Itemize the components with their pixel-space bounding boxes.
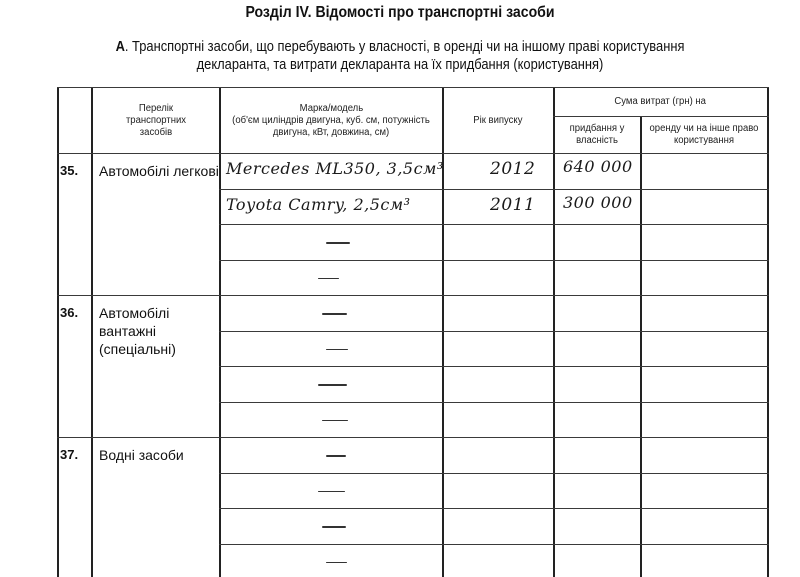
header-model: Марка/модель (об'єм циліндрів двигуна, к… — [220, 88, 442, 153]
row-divider — [219, 260, 769, 261]
purchase-entry: 300 000 — [563, 193, 633, 212]
purchase-entry: 640 000 — [563, 157, 633, 176]
row-divider — [219, 402, 769, 403]
empty-entry-dash — [318, 278, 339, 280]
empty-entry-dash — [318, 384, 347, 386]
col-divider-number — [91, 87, 93, 577]
table-border-left — [57, 87, 59, 577]
section-number: 37. — [60, 447, 90, 462]
section-label: Автомобілі вантажні (спеціальні) — [99, 304, 219, 358]
empty-entry-dash — [326, 349, 348, 351]
row-divider — [219, 366, 769, 367]
row-divider — [219, 331, 769, 332]
section-divider — [57, 437, 769, 438]
section-divider — [57, 295, 769, 296]
empty-entry-dash — [326, 562, 347, 564]
model-entry: Toyota Camry, 2,5см³ — [226, 195, 411, 214]
col-divider-year — [553, 87, 555, 577]
section-divider — [57, 153, 769, 154]
header-rent: оренду чи на інше право користування — [641, 117, 767, 153]
vehicles-table: Перелік транспортних засобів Марка/модел… — [0, 0, 800, 577]
empty-entry-dash — [322, 420, 348, 422]
section-number: 35. — [60, 163, 90, 178]
empty-entry-dash — [326, 242, 350, 244]
year-entry: 2012 — [490, 159, 535, 179]
model-entry: Mercedes ML350, 3,5см³ — [226, 159, 444, 178]
row-divider — [219, 189, 769, 190]
header-list: Перелік транспортних засобів — [92, 88, 219, 153]
section-label: Водні засоби — [99, 446, 219, 464]
row-divider — [219, 224, 769, 225]
row-divider — [219, 544, 769, 545]
row-divider — [219, 473, 769, 474]
header-expenses: Сума витрат (грн) на — [554, 88, 767, 116]
empty-entry-dash — [322, 313, 347, 315]
empty-entry-dash — [322, 526, 346, 528]
empty-entry-dash — [318, 491, 345, 493]
col-divider-list — [219, 87, 221, 577]
empty-entry-dash — [326, 455, 346, 457]
year-entry: 2011 — [490, 195, 535, 215]
section-label: Автомобілі легкові — [99, 162, 219, 180]
row-divider — [219, 508, 769, 509]
section-number: 36. — [60, 305, 90, 320]
header-year: Рік випуску — [443, 88, 553, 153]
header-purchase: придбання у власність — [554, 117, 640, 153]
table-border-right — [767, 87, 769, 577]
